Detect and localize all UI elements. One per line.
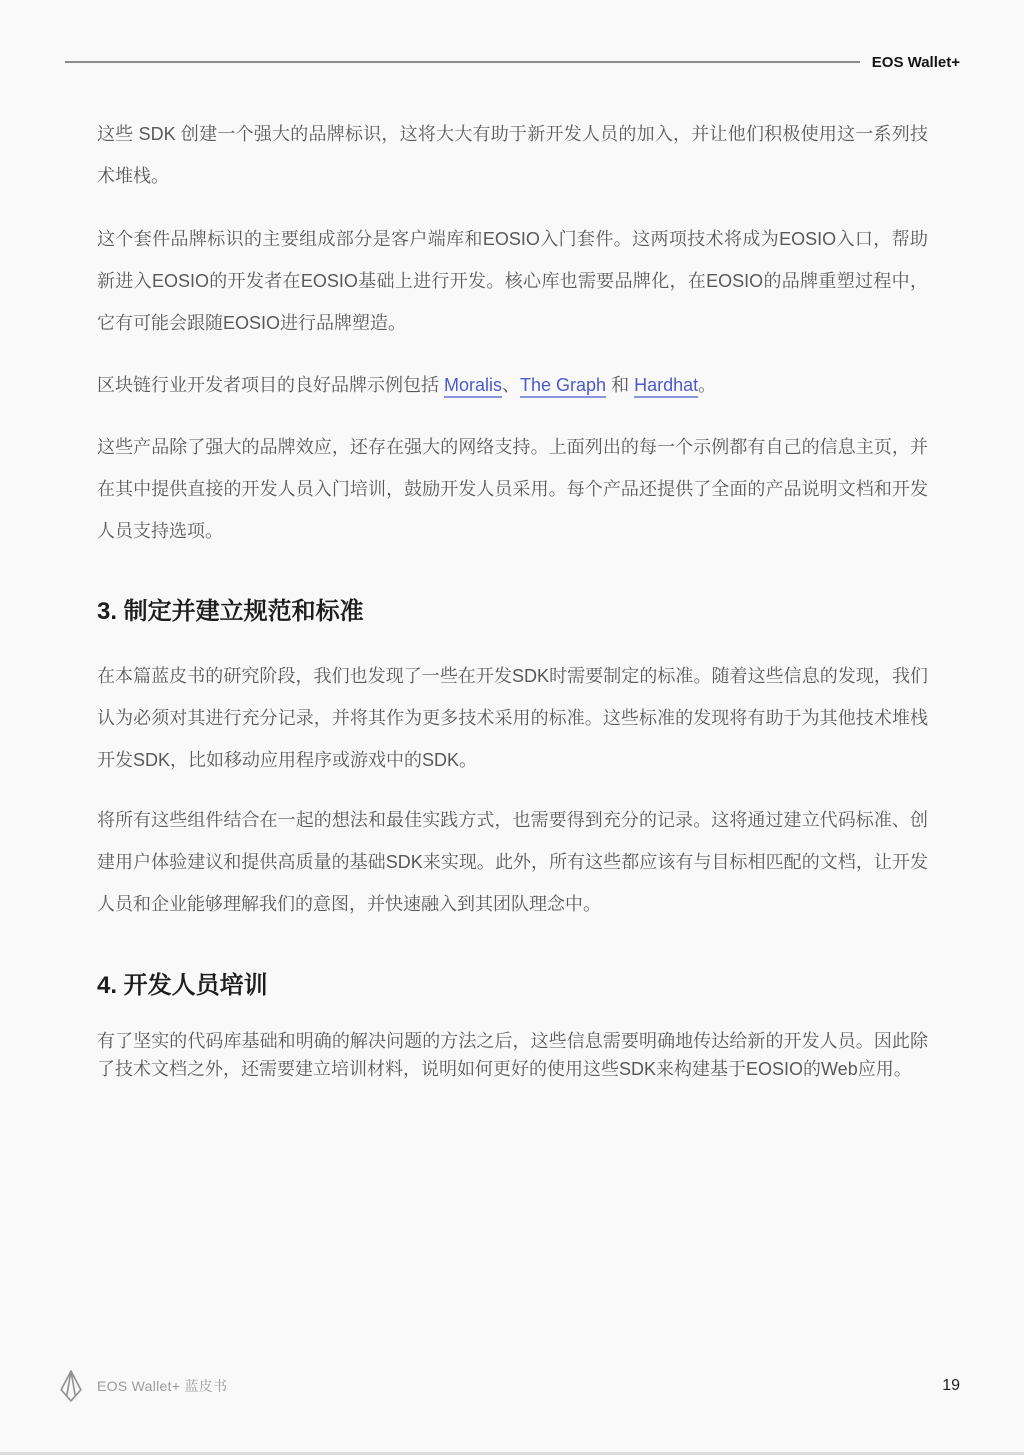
page-footer: EOS Wallet+ 蓝皮书 19: [57, 1368, 960, 1404]
paragraph-standards-discovery: 在本篇蓝皮书的研究阶段，我们也发现了一些在开发SDK时需要制定的标准。随着这些信…: [97, 655, 928, 781]
section-heading-standards: 3. 制定并建立规范和标准: [97, 595, 928, 629]
paragraph-brand-examples: 区块链行业开发者项目的良好品牌示例包括 Moralis、The Graph 和 …: [97, 364, 928, 406]
paragraph-brand-components: 这个套件品牌标识的主要组成部分是客户端库和EOSIO入门套件。这两项技术将成为E…: [97, 218, 928, 344]
link-moralis[interactable]: Moralis: [444, 375, 502, 395]
page-number: 19: [942, 1377, 960, 1395]
header-rule: [65, 61, 860, 63]
page-header: EOS Wallet+: [65, 0, 960, 72]
document-page: EOS Wallet+ 这些 SDK 创建一个强大的品牌标识，这将大大有助于新开…: [0, 0, 1024, 1455]
paragraph-training: 有了坚实的代码库基础和明确的解决问题的方法之后，这些信息需要明确地传达给新的开发…: [97, 1027, 928, 1083]
paragraph-sdk-brand: 这些 SDK 创建一个强大的品牌标识，这将大大有助于新开发人员的加入，并让他们积…: [97, 113, 928, 197]
link-the-graph[interactable]: The Graph: [520, 375, 606, 395]
brand-examples-and: 和: [606, 375, 634, 395]
page-content: 这些 SDK 创建一个强大的品牌标识，这将大大有助于新开发人员的加入，并让他们积…: [97, 113, 928, 1083]
eos-logo-icon: [57, 1370, 85, 1402]
brand-examples-suffix: 。: [698, 375, 716, 395]
footer-brand-line: EOS Wallet+ 蓝皮书: [97, 1376, 227, 1396]
brand-examples-prefix: 区块链行业开发者项目的良好品牌示例包括: [97, 375, 444, 395]
paragraph-best-practices: 将所有这些组件结合在一起的想法和最佳实践方式，也需要得到充分的记录。这将通过建立…: [97, 799, 928, 925]
paragraph-network-support: 这些产品除了强大的品牌效应，还存在强大的网络支持。上面列出的每一个示例都有自己的…: [97, 426, 928, 552]
section-heading-training: 4. 开发人员培训: [97, 969, 928, 1003]
brand-examples-separator: 、: [502, 375, 520, 395]
header-brand: EOS Wallet+: [872, 54, 960, 71]
link-hardhat[interactable]: Hardhat: [634, 375, 698, 395]
